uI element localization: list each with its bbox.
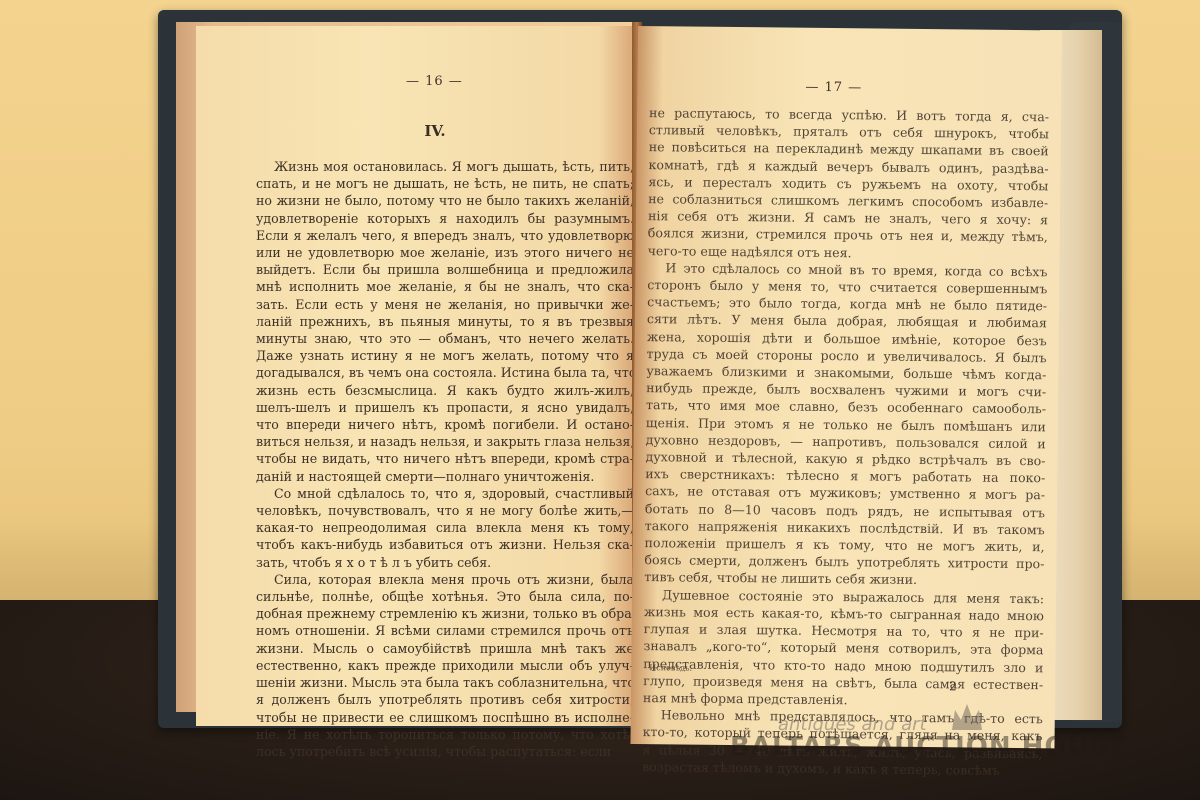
text-line: догадывался, въ чемъ она состояла. Истин… xyxy=(256,364,634,381)
text-line: или не удовлетворю мое желаніе, изъ этог… xyxy=(256,244,634,261)
text-line: зать. Если есть у меня не желанія, но пр… xyxy=(256,296,634,313)
text-line: минуты знаю, что это — обманъ, что нечег… xyxy=(256,330,634,347)
text-line: виться нельзя, и назадъ нельзя, и закрыт… xyxy=(256,433,634,450)
text-line: лось употребить всѣ усилія, чтобы распут… xyxy=(256,743,634,760)
text-line: номъ отношеніи. Я всѣми силами стремился… xyxy=(256,622,634,639)
text-line: спать, и не могъ не дышать, не ѣсть, не … xyxy=(256,175,634,192)
text-line: жизни. Мысль о самоубійствѣ пришла мнѣ т… xyxy=(256,640,634,657)
text-line: ніе. Я не хотѣлъ торопиться только потом… xyxy=(256,726,634,743)
watermark: antiques and art BALTARS AUCTION HOUSE xyxy=(720,702,1140,772)
right-page: — 17 — не распутаюсь, то всегда успѣю. И… xyxy=(630,26,1061,748)
text-line: шелъ-шелъ и пришелъ къ пропасти, я ясно … xyxy=(256,399,634,416)
text-line: человѣкъ, почувствовалъ, что я не могу б… xyxy=(256,502,634,519)
text-line: Со мной сдѣлалось то, что я, здоровый, с… xyxy=(256,485,634,502)
left-page: — 16 — IV. Жизнь моя остановилась. Я мог… xyxy=(196,26,634,726)
text-line: добная прежнему стремленію къ жизни, тол… xyxy=(256,605,634,622)
text-line: чтобъ какъ-нибудь избавиться отъ жизни. … xyxy=(256,536,634,553)
left-page-text: Жизнь моя остановилась. Я могъ дышать, ѣ… xyxy=(256,158,634,760)
text-line: Если я желалъ чего, я впередъ зналъ, что… xyxy=(256,227,634,244)
text-line: какая-то непреодолимая сила влекла меня … xyxy=(256,519,634,536)
text-line: Жизнь моя остановилась. Я могъ дышать, ѣ… xyxy=(256,158,634,175)
text-line: мнѣ исполнить мое желаніе, я бы не зналъ… xyxy=(256,278,634,295)
text-line: Даже узнать истину я не могъ желать, пот… xyxy=(256,347,634,364)
text-line: чтобы не привести ее слишкомъ поспѣшно в… xyxy=(256,709,634,726)
chapter-heading: IV. xyxy=(236,122,634,140)
text-line: что впереди ничего нѣтъ, кромѣ погибели.… xyxy=(256,416,634,433)
text-line: я долженъ былъ употреблять противъ себя … xyxy=(256,691,634,708)
text-line: чтобы не видать, что ничего нѣтъ впереди… xyxy=(256,450,634,467)
signature-mark: 2 xyxy=(949,679,957,693)
text-line: жизнь есть безсмыслица. Я какъ будто жил… xyxy=(256,382,634,399)
text-line: удовлетвореніе которыхъ я находилъ бы ра… xyxy=(256,210,634,227)
text-line: шеніи жизни. Мысль эта была такъ соблазн… xyxy=(256,674,634,691)
text-line: сильнѣе, полнѣе, общѣе хотѣнья. Это была… xyxy=(256,588,634,605)
text-line: естественно, какъ прежде приходили мысли… xyxy=(256,657,634,674)
crown-icon xyxy=(950,702,984,732)
text-line: ланій прежнихъ, въ пьяныя минуты, то я в… xyxy=(256,313,634,330)
text-line: зать, чтобъ я х о т ѣ л ъ убить себя. xyxy=(256,554,634,571)
watermark-name: BALTARS AUCTION HOUSE xyxy=(730,732,1128,762)
page-number-left: — 16 — xyxy=(406,74,463,89)
text-line: но жизни не было, потому что не было так… xyxy=(256,192,634,209)
page-number-right: — 17 — xyxy=(805,80,862,96)
text-line: даній и настоящей смерти—полнаго уничтож… xyxy=(256,468,634,485)
text-line: выйдетъ. Если бы пришла волшебница и пре… xyxy=(256,261,634,278)
signature-footnote: Исповѣдь. xyxy=(649,663,692,672)
right-page-text: не распутаюсь, то всегда успѣю. И вотъ т… xyxy=(642,104,1049,779)
text-line: Сила, которая влекла меня прочь отъ жизн… xyxy=(256,571,634,588)
